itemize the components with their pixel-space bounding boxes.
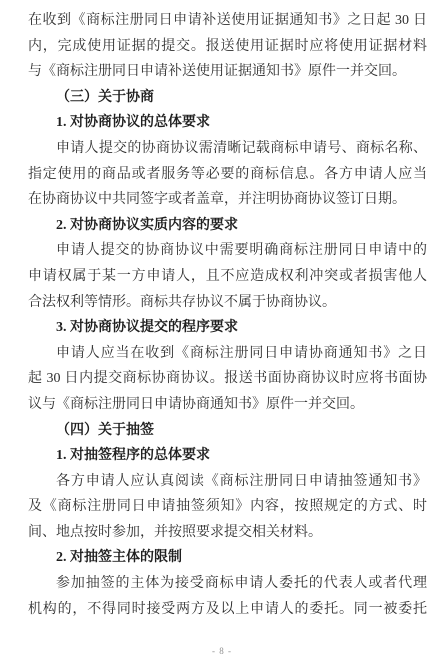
body-line: 合法权利等情形。商标共存协议不属于协商协议。 [28,290,427,316]
body-line: 机构的，不得同时接受两方及以上申请人的委托。同一被委托 [28,597,427,623]
numbered-heading: 2. 对协商协议实质内容的要求 [28,213,427,239]
numbered-heading: 2. 对抽签主体的限制 [28,545,427,571]
body-line: 起 30 日内提交商标协商协议。报送书面协商协议时应将书面协 [28,366,427,392]
section-heading: （四）关于抽签 [28,418,427,444]
document-body: 在收到《商标注册同日申请补送使用证据通知书》之日起 30 日 内，完成使用证据的… [0,0,444,622]
body-line: 参加抽签的主体为接受商标申请人委托的代表人或者代理 [28,571,427,597]
body-line: 申请人提交的协商协议中需要明确商标注册同日申请中的 [28,238,427,264]
body-line: 间、地点按时参加，并按照要求提交相关材料。 [28,520,427,546]
body-line: 在协商协议中共同签字或者盖章，并注明协商协议签订日期。 [28,187,427,213]
body-line: 议与《商标注册同日申请协商通知书》原件一并交回。 [28,392,427,418]
document-page: 在收到《商标注册同日申请补送使用证据通知书》之日起 30 日 内，完成使用证据的… [0,0,444,669]
numbered-heading: 1. 对抽签程序的总体要求 [28,443,427,469]
body-line: 内，完成使用证据的提交。报送使用证据时应将使用证据材料 [28,34,427,60]
numbered-heading: 1. 对协商协议的总体要求 [28,110,427,136]
body-line: 各方申请人应认真阅读《商标注册同日申请抽签通知书》 [28,469,427,495]
body-line: 及《商标注册同日申请抽签须知》内容，按照规定的方式、时 [28,494,427,520]
page-number: - 8 - [0,646,444,656]
body-line: 与《商标注册同日申请补送使用证据通知书》原件一并交回。 [28,59,427,85]
section-heading: （三）关于协商 [28,85,427,111]
body-line: 申请人应当在收到《商标注册同日申请协商通知书》之日 [28,341,427,367]
body-line: 申请权属于某一方申请人，且不应造成权利冲突或者损害他人 [28,264,427,290]
body-line: 指定使用的商品或者服务等必要的商标信息。各方申请人应当 [28,162,427,188]
numbered-heading: 3. 对协商协议提交的程序要求 [28,315,427,341]
body-line: 申请人提交的协商协议需清晰记载商标申请号、商标名称、 [28,136,427,162]
body-line: 在收到《商标注册同日申请补送使用证据通知书》之日起 30 日 [28,8,427,34]
